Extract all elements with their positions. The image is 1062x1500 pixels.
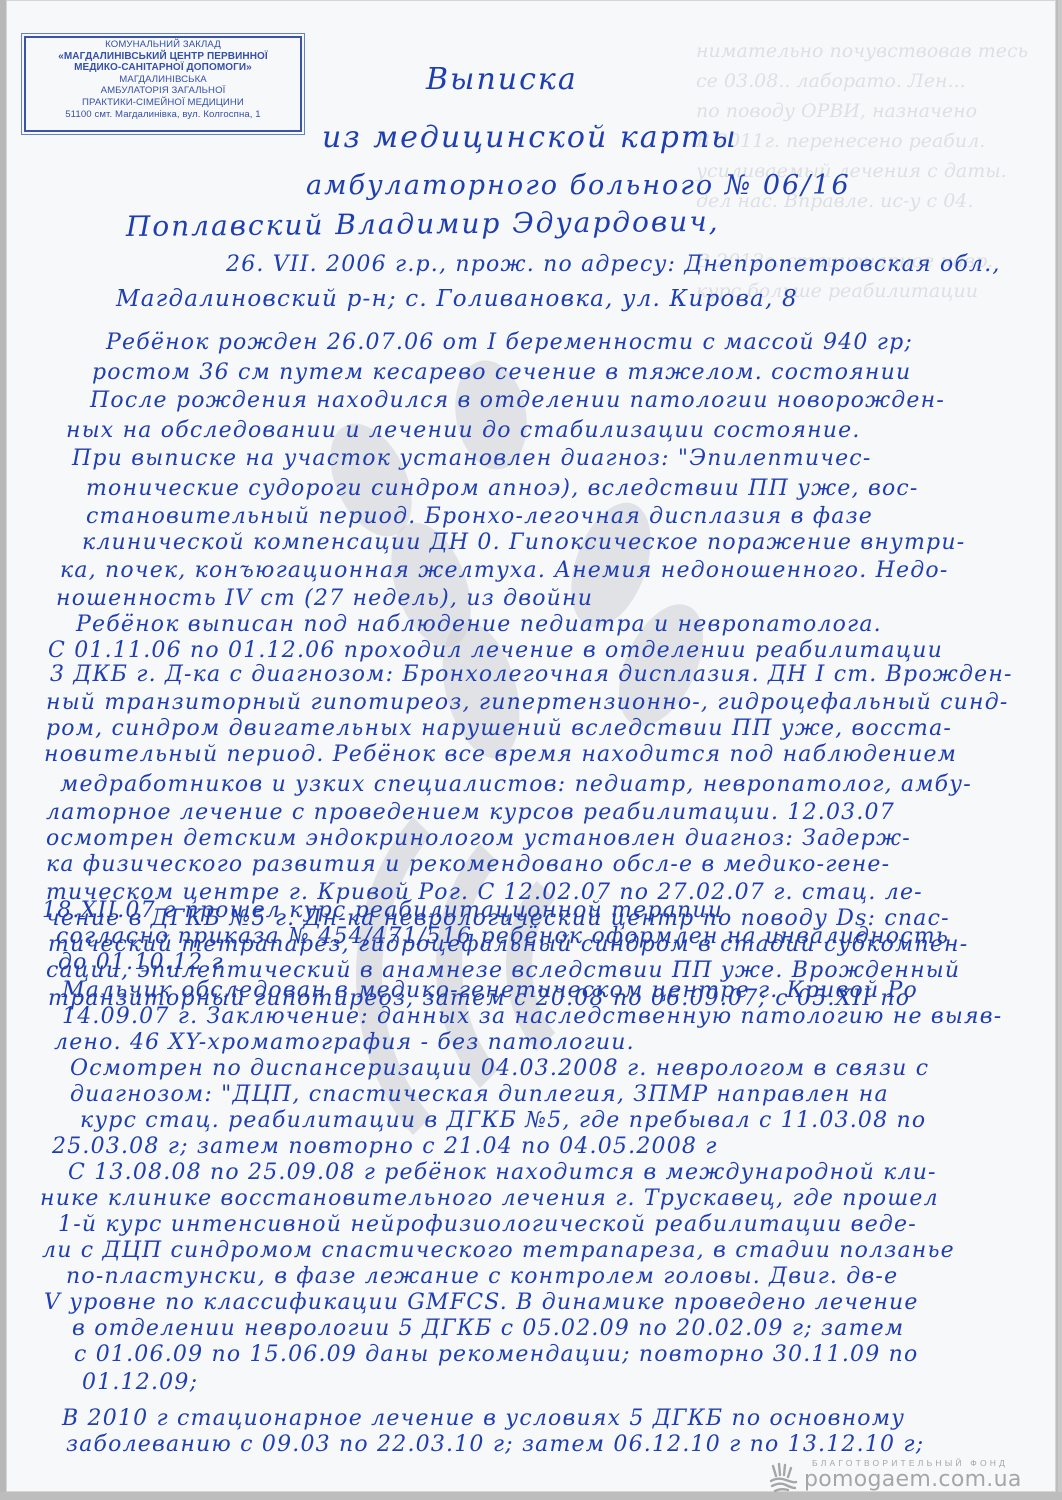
stamp-line: АМБУЛАТОРІЯ ЗАГАЛЬНОЇ — [26, 85, 300, 97]
text-line: Ребёнок рожден 26.07.06 от I беременност… — [106, 330, 913, 355]
text-line: с 01.06.09 по 15.06.09 даны рекомендации… — [74, 1342, 918, 1367]
text-line: латорное лечение с проведением курсов ре… — [46, 800, 895, 825]
text-line: 14.09.07 г. Заключение: данных за наслед… — [62, 1004, 1002, 1029]
document-subtitle: амбулаторного больного № 06/16 — [306, 170, 851, 201]
text-line: 01.12.09; — [82, 1370, 198, 1395]
text-line: в отделении неврологии 5 ДГКБ с 05.02.09… — [72, 1316, 904, 1341]
text-line: ром, синдром двигательных нарушений всле… — [46, 716, 952, 741]
text-line: ка физического развития и рекомендовано … — [46, 852, 890, 877]
text-line: по-пластунски, в фазе лежание с контроле… — [66, 1264, 898, 1289]
text-line: После рождения находился в отделении пат… — [90, 388, 945, 413]
text-line: ношенность IV ст (27 недель), из двойни — [56, 586, 593, 611]
text-line: 25.03.08 г; затем повторно с 21.04 по 04… — [52, 1134, 718, 1159]
text-line: Ребёнок выписан под наблюдение педиатра … — [76, 612, 882, 637]
document-subtitle: из медицинской карты — [322, 120, 738, 155]
text-line: ка, почек, конъюгационная желтуха. Анеми… — [60, 558, 948, 583]
text-line: Магдалиновский р-н; с. Голивановка, ул. … — [116, 286, 798, 312]
stamp-line: КОМУНАЛЬНИЙ ЗАКЛАД — [26, 39, 300, 51]
stamp-line: 51100 смт. Магдалинівка, вул. Колгоспна,… — [26, 109, 300, 121]
text-line: 18.XII.07 г прошел курс реабилитационной… — [42, 898, 723, 923]
text-line: 3 ДКБ г. Д-ка с диагнозом: Бронхолегочна… — [50, 662, 1013, 687]
bleed-through-text: по поводу ОРВИ, назначено — [696, 100, 977, 122]
stamp-line: «МАГДАЛИНІВСЬКИЙ ЦЕНТР ПЕРВИННОЇ — [26, 51, 300, 63]
text-line: Осмотрен по диспансеризации 04.03.2008 г… — [70, 1056, 929, 1081]
watermark-logo: БЛАГОТВОРИТЕЛЬНЫЙ ФОНД pomogaem.com.ua — [768, 1458, 1058, 1498]
text-line: ных на обследовании и лечении до стабили… — [66, 418, 861, 443]
text-line: диагнозом: "ДЦП, спастическая диплегия, … — [70, 1082, 889, 1107]
document-title: Выписка — [426, 62, 578, 97]
text-line: ный транзиторный гипотиреоз, гипертензио… — [46, 690, 1009, 715]
bleed-through-text: се 03.08.. лаборато. Лен... — [696, 70, 966, 92]
stamp-line: ПРАКТИКИ-СІМЕЙНОЇ МЕДИЦИНИ — [26, 97, 300, 109]
text-line: ли с ДЦП синдромом спастического тетрапа… — [42, 1238, 955, 1263]
text-line: осмотрен детским эндокринологом установл… — [46, 826, 911, 851]
text-line: согласно приказа № 454/471/516 ребёнок о… — [56, 924, 949, 949]
hand-icon — [768, 1462, 798, 1494]
text-line: ростом 36 см путем кесарево сечение в тя… — [92, 360, 911, 385]
text-line: лено. 46 XY-хроматография - без патологи… — [54, 1030, 635, 1055]
text-line: до 01.10.12 г — [58, 950, 224, 975]
text-line: нике клинике восстановительного лечения … — [40, 1186, 939, 1211]
text-line: V уровне по классификации GMFCS. В динам… — [44, 1290, 919, 1315]
text-line: С 13.08.08 по 25.09.08 г ребёнок находит… — [68, 1160, 937, 1185]
text-line: клинической компенсации ДН 0. Гипоксичес… — [82, 530, 965, 555]
text-line: 1-й курс интенсивной нейрофизиологическо… — [58, 1212, 917, 1237]
text-line: При выписке на участок установлен диагно… — [72, 446, 871, 471]
text-line: тонические судороги синдром апноэ), всле… — [86, 476, 919, 501]
bleed-through-text: нимательно почувствовав тесь — [696, 40, 1028, 62]
institution-stamp: КОМУНАЛЬНИЙ ЗАКЛАД «МАГДАЛИНІВСЬКИЙ ЦЕНТ… — [24, 36, 302, 132]
text-line: курс стац. реабилитации в ДГКБ №5, где п… — [80, 1108, 926, 1133]
text-line: медработников и узких специалистов: педи… — [60, 772, 972, 797]
stamp-line: МЕДИКО-САНІТАРНОЇ ДОПОМОГИ» — [26, 62, 300, 74]
text-line: С 01.11.06 по 01.12.06 проходил лечение … — [48, 638, 943, 663]
text-line: заболеванию с 09.03 по 22.03.10 г; затем… — [66, 1432, 924, 1457]
bleed-through-text: В 2011г. перенесено реабил. — [696, 130, 985, 152]
text-line: 26. VII. 2006 г.р., прож. по адресу: Дне… — [226, 252, 1001, 277]
patient-name: Поплавский Владимир Эдуардович, — [126, 205, 720, 243]
stamp-line: МАГДАЛИНІВСЬКА — [26, 74, 300, 86]
text-line: становительный период. Бронхо-легочная д… — [86, 504, 873, 529]
text-line: В 2010 г стационарное лечение в условиях… — [62, 1406, 905, 1431]
text-line: новительный период. Ребёнок все время на… — [44, 742, 957, 767]
text-line: Мальчик обследован в медико-генетическом… — [62, 978, 918, 1003]
site-link[interactable]: pomogaem.com.ua — [804, 1467, 1022, 1492]
